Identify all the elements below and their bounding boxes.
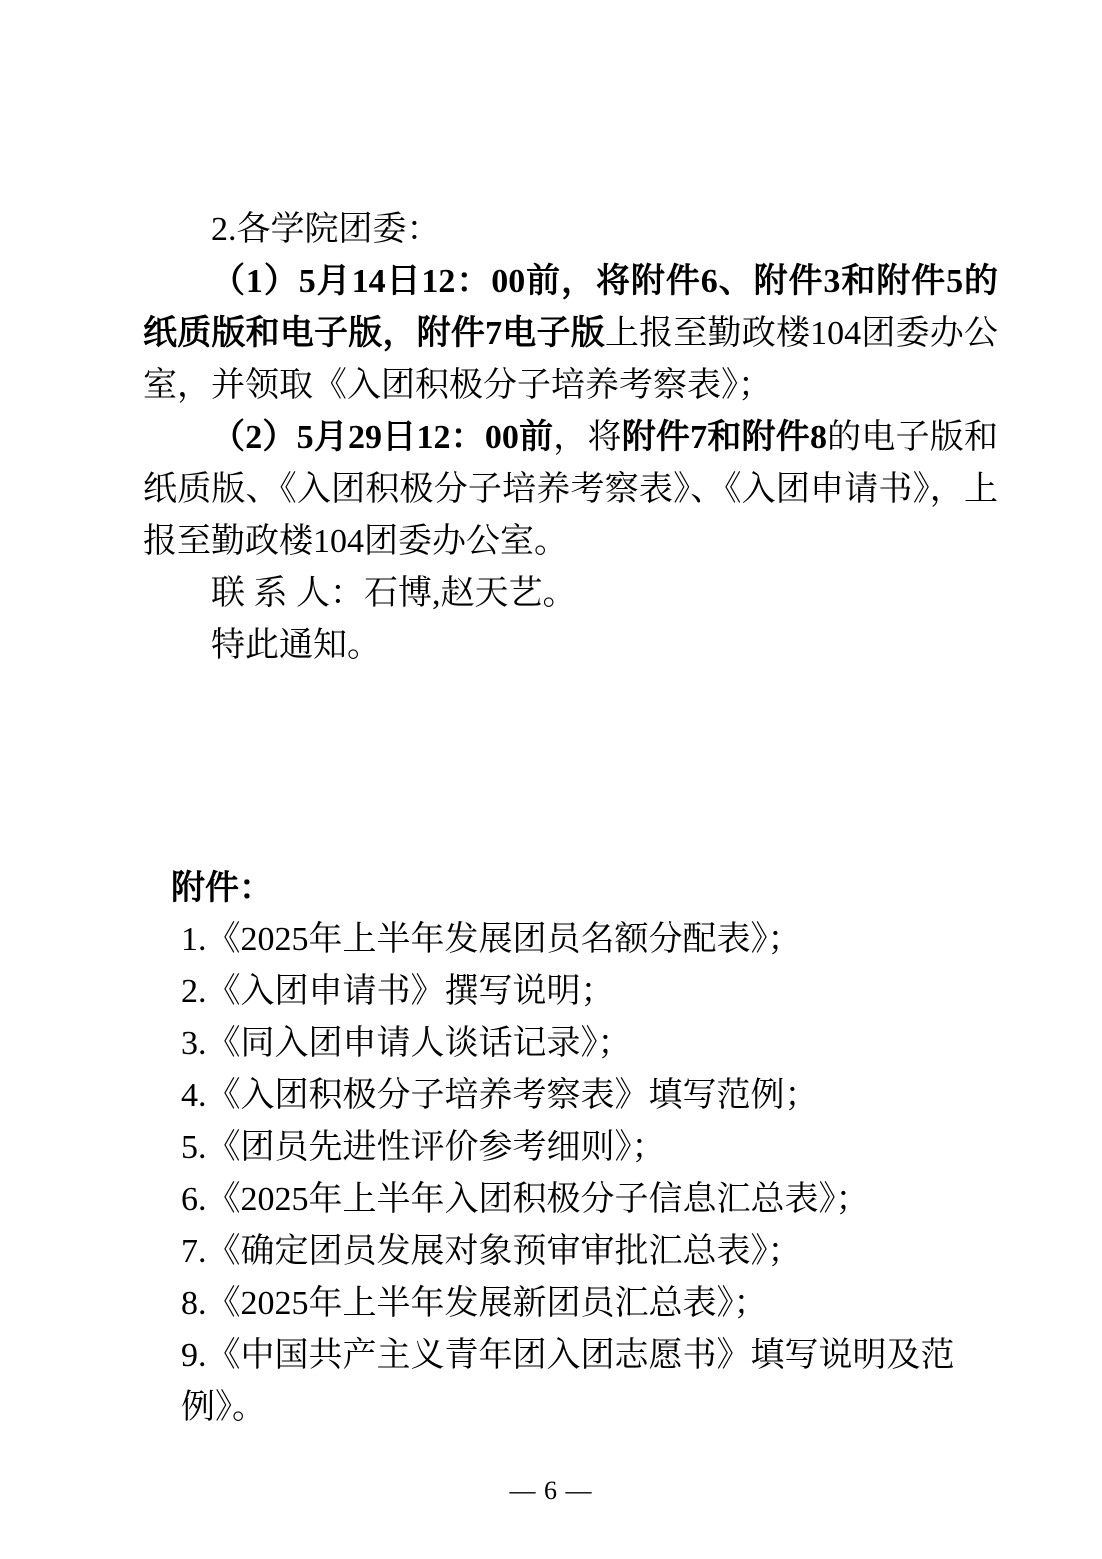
attachment-item-7: 7.《确定团员发展对象预审审批汇总表》； xyxy=(143,1226,998,1278)
text-run: ，将 xyxy=(553,419,621,456)
attachments-section: 附件： 1.《2025年上半年发展团员名额分配表》；2.《入团申请书》撰写说明；… xyxy=(143,862,998,1434)
text-run: 附件7和附件8 xyxy=(622,419,827,456)
body-paragraph-deadline-2: （2）5月29日12：00前，将附件7和附件8的电子版和纸质版、《入团积极分子培… xyxy=(143,412,998,568)
text-run: 联 系 人：石博,赵天艺。 xyxy=(211,575,577,612)
body-paragraphs: 2.各学院团委：（1）5月14日12：00前，将附件6、附件3和附件5的纸质版和… xyxy=(143,204,998,672)
text-run: （2）5月29日12：00前 xyxy=(211,419,553,456)
attachment-item-8: 8.《2025年上半年发展新团员汇总表》； xyxy=(143,1278,998,1330)
attachment-item-9: 9.《中国共产主义青年团入团志愿书》填写说明及范例》。 xyxy=(143,1330,998,1434)
attachment-item-3: 3.《同入团申请人谈话记录》； xyxy=(143,1018,998,1070)
body-paragraph-contacts: 联 系 人：石博,赵天艺。 xyxy=(143,568,998,620)
attachment-item-4: 4.《入团积极分子培养考察表》填写范例； xyxy=(143,1070,998,1122)
attachment-item-5: 5.《团员先进性评价参考细则》； xyxy=(143,1122,998,1174)
document-page: 2.各学院团委：（1）5月14日12：00前，将附件6、附件3和附件5的纸质版和… xyxy=(0,0,1102,1559)
attachment-item-6: 6.《2025年上半年入团积极分子信息汇总表》； xyxy=(143,1174,998,1226)
text-run: 2.各学院团委： xyxy=(211,211,441,248)
attachments-heading: 附件： xyxy=(143,862,998,914)
attachments-list: 1.《2025年上半年发展团员名额分配表》；2.《入团申请书》撰写说明；3.《同… xyxy=(143,914,998,1434)
body-paragraph-section-2-heading: 2.各学院团委： xyxy=(143,204,998,256)
attachment-item-1: 1.《2025年上半年发展团员名额分配表》； xyxy=(143,914,998,966)
document-body: 2.各学院团委：（1）5月14日12：00前，将附件6、附件3和附件5的纸质版和… xyxy=(143,204,998,1434)
body-paragraph-closing: 特此通知。 xyxy=(143,620,998,672)
attachment-item-2: 2.《入团申请书》撰写说明； xyxy=(143,966,998,1018)
body-paragraph-deadline-1: （1）5月14日12：00前，将附件6、附件3和附件5的纸质版和电子版，附件7电… xyxy=(143,256,998,412)
text-run: 特此通知。 xyxy=(211,627,381,664)
page-number: — 6 — xyxy=(0,1476,1102,1506)
